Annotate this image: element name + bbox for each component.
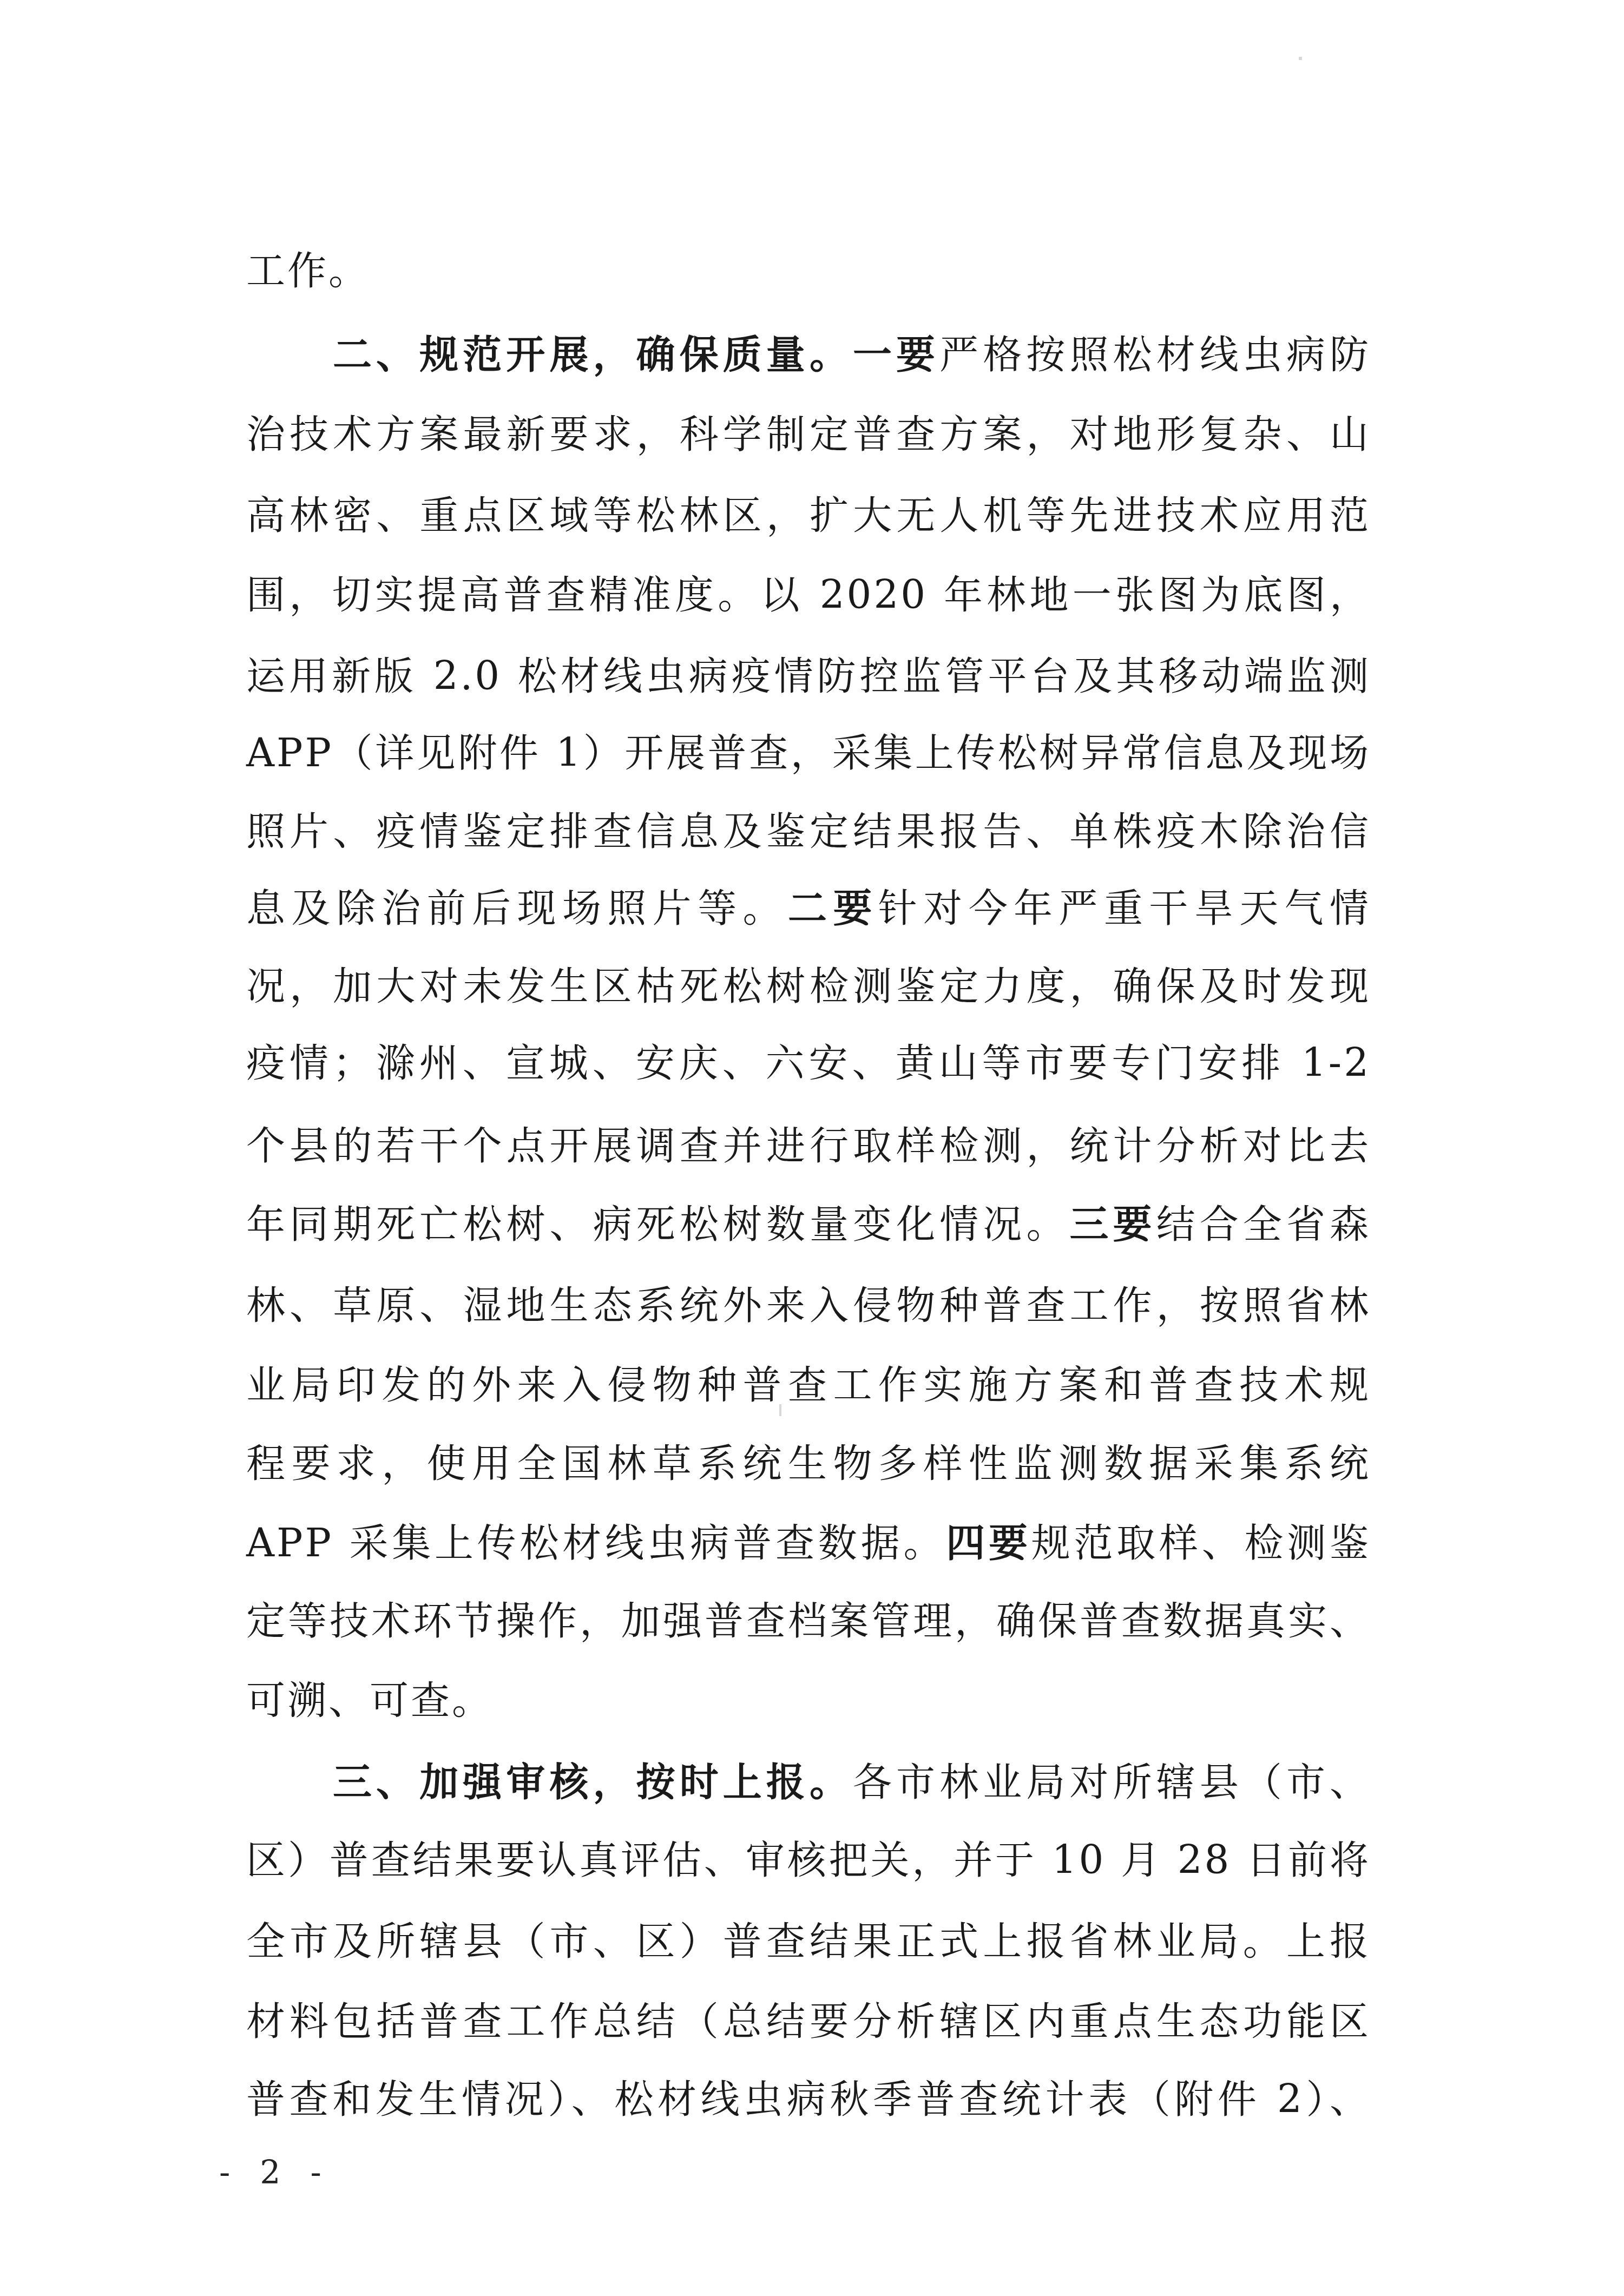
text-segment: 围，切实提高普查精准度。以 2020 年林地一张图为底图， <box>246 572 1371 617</box>
text-line: 材料包括普查工作总结（总结要分析辖区内重点生态功能区 <box>246 1991 1371 2051</box>
text-segment: 林、草原、湿地生态系统外来入侵物种普查工作，按照省林 <box>246 1282 1371 1328</box>
point-label-2: 二要 <box>788 885 878 931</box>
text-segment: 材料包括普查工作总结（总结要分析辖区内重点生态功能区 <box>246 1998 1371 2044</box>
section-heading-line: 二、规范开展，确保质量。一要严格按照松材线虫病防 <box>333 325 1371 384</box>
point-label-1: 一要 <box>853 332 939 377</box>
section-heading-line: 三、加强审核，按时上报。各市林业局对所辖县（市、 <box>333 1752 1371 1812</box>
text-segment: 况，加大对未发生区枯死松树检测鉴定力度，确保及时发现 <box>246 963 1371 1009</box>
scan-artifact <box>779 1404 781 1416</box>
scan-artifact <box>1299 57 1302 60</box>
text-segment: 各市林业局对所辖县（市、 <box>853 1759 1371 1805</box>
document-page: 工作。 二、规范开展，确保质量。一要严格按照松材线虫病防 治技术方案最新要求，科… <box>0 0 1624 2296</box>
text-segment: 个县的若干个点开展调查并进行取样检测，统计分析对比去 <box>246 1123 1371 1168</box>
text-line: 业局印发的外来入侵物种普查工作实施方案和普查技术规 <box>246 1355 1371 1415</box>
page-number: - 2 - <box>219 2151 331 2194</box>
text-line: 全市及所辖县（市、区）普查结果正式上报省林业局。上报 <box>246 1911 1371 1971</box>
text-segment: 年同期死亡松树、病死松树数量变化情况。 <box>246 1201 1070 1247</box>
text-line: APP（详见附件 1）开展普查，采集上传松树异常信息及现场 <box>246 723 1371 782</box>
text-segment: 照片、疫情鉴定排查信息及鉴定结果报告、单株疫木除治信 <box>246 808 1371 854</box>
text-segment: 息及除治前后现场照片等。 <box>246 885 788 931</box>
text-segment: 可溯、可查。 <box>246 1677 493 1723</box>
text-line: 林、草原、湿地生态系统外来入侵物种普查工作，按照省林 <box>246 1275 1371 1335</box>
text-segment: 运用新版 2.0 松材线虫病疫情防控监管平台及其移动端监测 <box>246 653 1371 699</box>
text-line: 况，加大对未发生区枯死松树检测鉴定力度，确保及时发现 <box>246 956 1371 1016</box>
text-line: 息及除治前后现场照片等。二要针对今年严重干旱天气情 <box>246 878 1371 938</box>
text-line: 运用新版 2.0 松材线虫病疫情防控监管平台及其移动端监测 <box>246 646 1371 706</box>
text-line: 可溯、可查。 <box>246 1670 1371 1730</box>
text-segment: 治技术方案最新要求，科学制定普查方案，对地形复杂、山 <box>246 411 1371 457</box>
text-segment: 针对今年严重干旱天气情 <box>878 885 1371 931</box>
text-line: 治技术方案最新要求，科学制定普查方案，对地形复杂、山 <box>246 404 1371 464</box>
text-line: APP 采集上传松材线虫病普查数据。四要规范取样、检测鉴 <box>246 1513 1371 1573</box>
text-line: 照片、疫情鉴定排查信息及鉴定结果报告、单株疫木除治信 <box>246 801 1371 861</box>
text-segment: APP（详见附件 1）开展普查，采集上传松树异常信息及现场 <box>246 730 1371 775</box>
text-segment: 规范取样、检测鉴 <box>1031 1520 1371 1565</box>
text-segment: 结合全省森 <box>1156 1201 1371 1247</box>
text-line: 围，切实提高普查精准度。以 2020 年林地一张图为底图， <box>246 565 1371 624</box>
text-segment: 程要求，使用全国林草系统生物多样性监测数据采集系统 <box>246 1440 1371 1486</box>
text-segment: 高林密、重点区域等松林区，扩大无人机等先进技术应用范 <box>246 492 1371 538</box>
text-line: 工作。 <box>246 241 1371 300</box>
text-segment: 严格按照松材线虫病防 <box>939 332 1371 377</box>
text-segment: 全市及所辖县（市、区）普查结果正式上报省林业局。上报 <box>246 1918 1371 1964</box>
point-label-4: 四要 <box>946 1520 1031 1565</box>
text-line: 程要求，使用全国林草系统生物多样性监测数据采集系统 <box>246 1433 1371 1493</box>
text-segment: 普查和发生情况）、松材线虫病秋季普查统计表（附件 2）、 <box>246 2076 1371 2122</box>
point-label-3: 三要 <box>1070 1201 1156 1247</box>
text-segment: 疫情；滁州、宣城、安庆、六安、黄山等市要专门安排 1-2 <box>246 1040 1371 1085</box>
text-line: 普查和发生情况）、松材线虫病秋季普查统计表（附件 2）、 <box>246 2069 1371 2129</box>
text-line: 高林密、重点区域等松林区，扩大无人机等先进技术应用范 <box>246 485 1371 545</box>
text-segment: 业局印发的外来入侵物种普查工作实施方案和普查技术规 <box>246 1362 1371 1407</box>
text-line: 年同期死亡松树、病死松树数量变化情况。三要结合全省森 <box>246 1194 1371 1254</box>
text-line: 疫情；滁州、宣城、安庆、六安、黄山等市要专门安排 1-2 <box>246 1033 1371 1093</box>
section-heading-2: 二、规范开展，确保质量。 <box>333 332 853 377</box>
section-heading-3: 三、加强审核，按时上报。 <box>333 1759 853 1805</box>
text-segment: 区）普查结果要认真评估、审核把关，并于 10 月 28 日前将 <box>246 1837 1371 1883</box>
text-segment: 工作。 <box>246 248 370 293</box>
text-line: 区）普查结果要认真评估、审核把关，并于 10 月 28 日前将 <box>246 1830 1371 1890</box>
text-segment: 定等技术环节操作，加强普查档案管理，确保普查数据真实、 <box>246 1598 1371 1643</box>
text-segment: APP 采集上传松材线虫病普查数据。 <box>246 1520 946 1565</box>
text-line: 个县的若干个点开展调查并进行取样检测，统计分析对比去 <box>246 1116 1371 1175</box>
text-line: 定等技术环节操作，加强普查档案管理，确保普查数据真实、 <box>246 1591 1371 1650</box>
